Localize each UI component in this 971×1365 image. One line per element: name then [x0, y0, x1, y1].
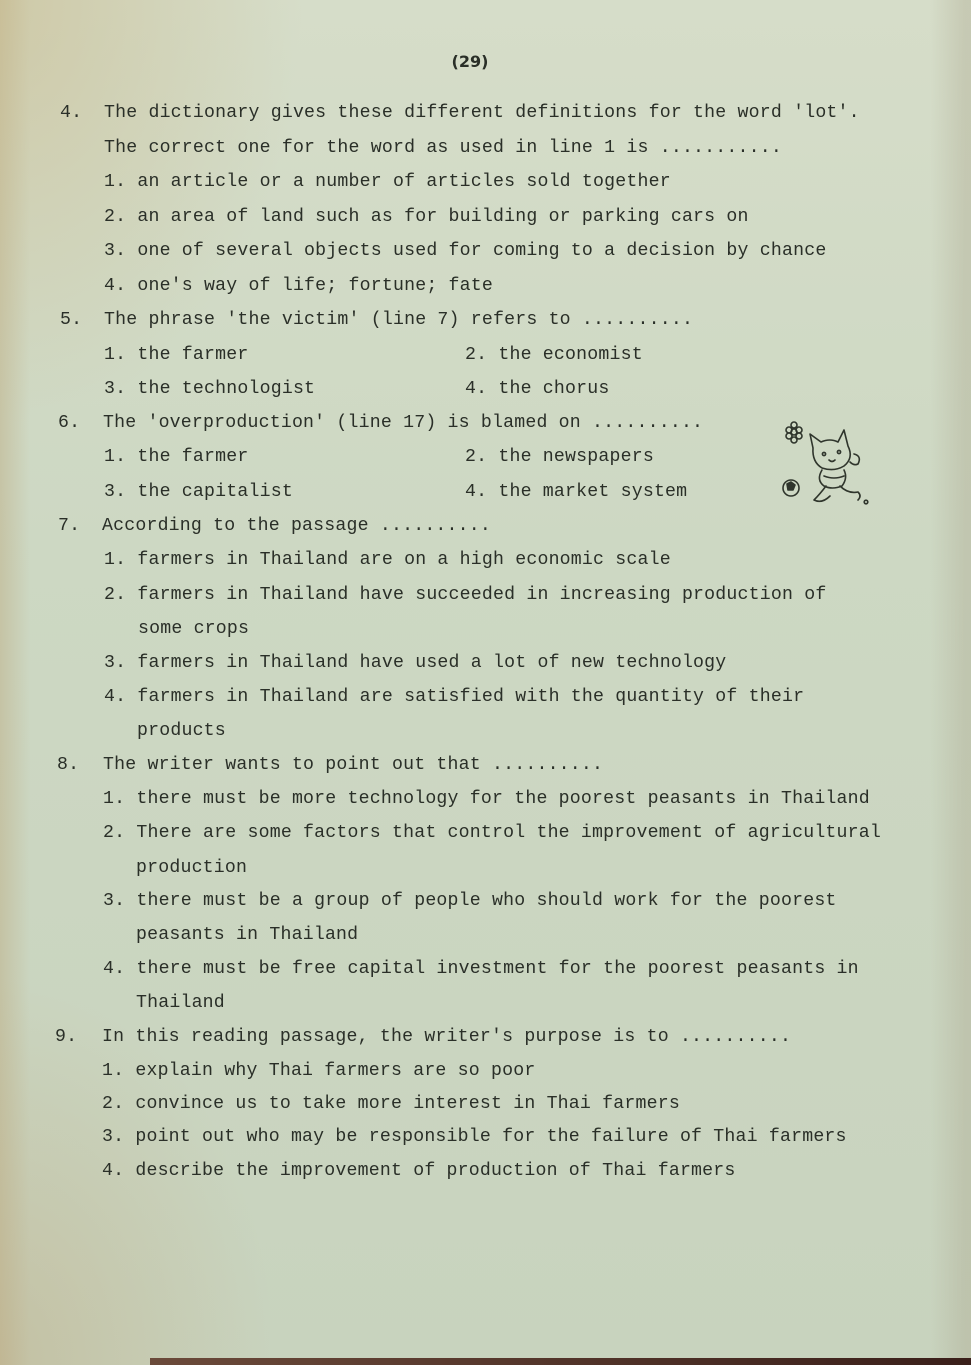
question-7-number: 7. [58, 516, 80, 536]
page-bottom-edge [150, 1358, 971, 1365]
question-9-option-1: 1. explain why Thai farmers are so poor [102, 1061, 535, 1081]
question-7-option-1: 1. farmers in Thailand are on a high eco… [104, 550, 671, 570]
question-9-option-4: 4. describe the improvement of productio… [102, 1161, 736, 1181]
question-4-stem-line-2: The correct one for the word as used in … [104, 138, 782, 158]
question-8-option-3: 3. there must be a group of people who s… [103, 891, 837, 911]
question-6-option-4: 4. the market system [465, 482, 687, 502]
question-5-option-1: 1. the farmer [104, 345, 249, 365]
question-5-option-2: 2. the economist [465, 345, 643, 365]
question-9-number: 9. [55, 1027, 77, 1047]
question-8-option-4: 4. there must be free capital investment… [103, 959, 859, 979]
question-8-stem: The writer wants to point out that .....… [103, 755, 603, 775]
question-8-option-1: 1. there must be more technology for the… [103, 789, 870, 809]
question-7-option-4-cont: products [137, 721, 226, 741]
question-6-number: 6. [58, 413, 80, 433]
question-6-option-1: 1. the farmer [104, 447, 249, 467]
question-4-option-1: 1. an article or a number of articles so… [104, 172, 671, 192]
question-8-option-4-cont: Thailand [136, 993, 225, 1013]
question-8-option-2: 2. There are some factors that control t… [103, 823, 881, 843]
question-5-option-4: 4. the chorus [465, 379, 610, 399]
question-6-stem: The 'overproduction' (line 17) is blamed… [103, 413, 703, 433]
question-8-option-3-cont: peasants in Thailand [136, 925, 358, 945]
question-5-option-3: 3. the technologist [104, 379, 315, 399]
question-6-option-3: 3. the capitalist [104, 482, 293, 502]
question-8-option-2-cont: production [136, 858, 247, 878]
document-page: (29) 4. The dictionary gives these diffe… [0, 0, 971, 1365]
question-5-number: 5. [60, 310, 82, 330]
question-7-option-3: 3. farmers in Thailand have used a lot o… [104, 653, 726, 673]
question-9-option-2: 2. convince us to take more interest in … [102, 1094, 680, 1114]
question-7-stem: According to the passage .......... [102, 516, 491, 536]
question-5-stem: The phrase 'the victim' (line 7) refers … [104, 310, 693, 330]
question-6-option-2: 2. the newspapers [465, 447, 654, 467]
question-4-option-4: 4. one's way of life; fortune; fate [104, 276, 493, 296]
page-number: (29) [0, 52, 940, 71]
question-4-number: 4. [60, 103, 82, 123]
question-4-stem-line-1: The dictionary gives these different def… [104, 103, 860, 123]
question-4-option-2: 2. an area of land such as for building … [104, 207, 749, 227]
question-9-option-3: 3. point out who may be responsible for … [102, 1127, 847, 1147]
question-7-option-4: 4. farmers in Thailand are satisfied wit… [104, 687, 804, 707]
question-4-option-3: 3. one of several objects used for comin… [104, 241, 826, 261]
question-9-stem: In this reading passage, the writer's pu… [102, 1027, 791, 1047]
question-7-option-2-cont: some crops [138, 619, 249, 639]
cat-playing-soccer-icon [778, 420, 870, 508]
question-7-option-2: 2. farmers in Thailand have succeeded in… [104, 585, 826, 605]
question-8-number: 8. [57, 755, 79, 775]
